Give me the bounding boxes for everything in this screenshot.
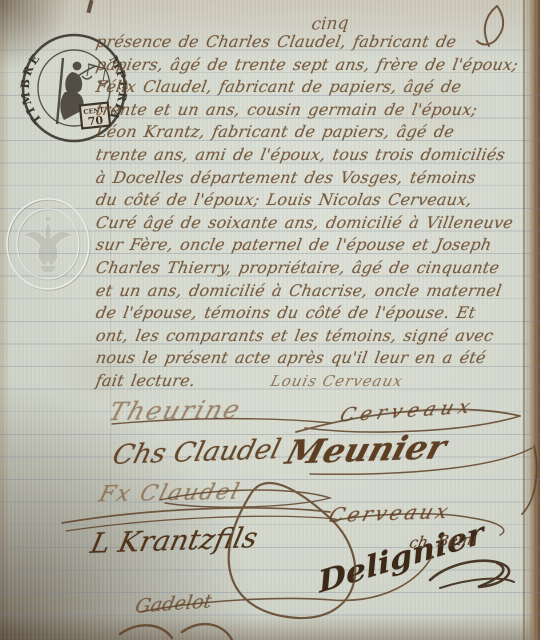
signature-meunier: Meunier — [282, 427, 451, 471]
signature-cerveaux-2: Cerveaux — [326, 499, 454, 527]
inline-signature-louis-cerveaux: Louis Cerveaux — [269, 372, 405, 390]
manuscript-line: Curé âgé de soixante ans, domicilié à Vi… — [94, 212, 540, 235]
manuscript-line: de l'épouse, témoins du côté de l'épouse… — [94, 302, 540, 325]
manuscript-line: trente ans, ami de l'époux, tous trois d… — [94, 144, 540, 167]
manuscript-line: et un ans, domicilié à Chacrise, oncle m… — [94, 280, 540, 303]
manuscript-line: trente et un ans, cousin germain de l'ép… — [94, 99, 540, 122]
register-page: cinq TIMBRE IMPERIAL — [0, 0, 540, 640]
signature-charles-claudel: Chs Claudel — [109, 434, 284, 471]
signature-bride: Theurine — [105, 395, 245, 426]
manuscript-line: Charles Thierry, propriétaire, âgé de ci… — [94, 257, 540, 280]
signature-gadelot: Gadelot — [133, 590, 213, 617]
closing-phrase: fait lecture. — [94, 370, 197, 393]
manuscript-line: papiers, âgé de trente sept ans, frère d… — [94, 54, 540, 77]
manuscript-line: sur Fère, oncle paternel de l'épouse et … — [94, 234, 540, 257]
delignier-paraph-loops — [430, 561, 514, 588]
signature-krantz: L Krantzfils — [88, 521, 261, 560]
manuscript-body: présence de Charles Claudel, fabricant d… — [94, 31, 538, 393]
signature-felix-claudel: Fx Claudel — [96, 480, 243, 507]
manuscript-line: du côté de l'époux; Louis Nicolas Cervea… — [94, 189, 540, 212]
manuscript-line: Léon Krantz, fabricant de papiers, âgé d… — [94, 121, 540, 144]
manuscript-line: présence de Charles Claudel, fabricant d… — [94, 31, 540, 54]
binding-mark — [86, 0, 93, 13]
manuscript-line: nous le présent acte après qu'il leur en… — [94, 347, 540, 370]
manuscript-line: à Docelles département des Vosges, témoi… — [94, 167, 540, 190]
signature-cerveaux: Cerveaux — [337, 395, 478, 426]
signature-belni: ch. Belni — [408, 530, 479, 551]
eagle-icon — [23, 217, 73, 272]
signature-delignier: Delignier — [317, 516, 486, 600]
manuscript-line: Félix Claudel, fabricant de papiers, âgé… — [94, 76, 540, 99]
embossed-eagle-seal — [0, 190, 96, 300]
manuscript-line: ont, les comparants et les témoins, sign… — [94, 325, 540, 348]
